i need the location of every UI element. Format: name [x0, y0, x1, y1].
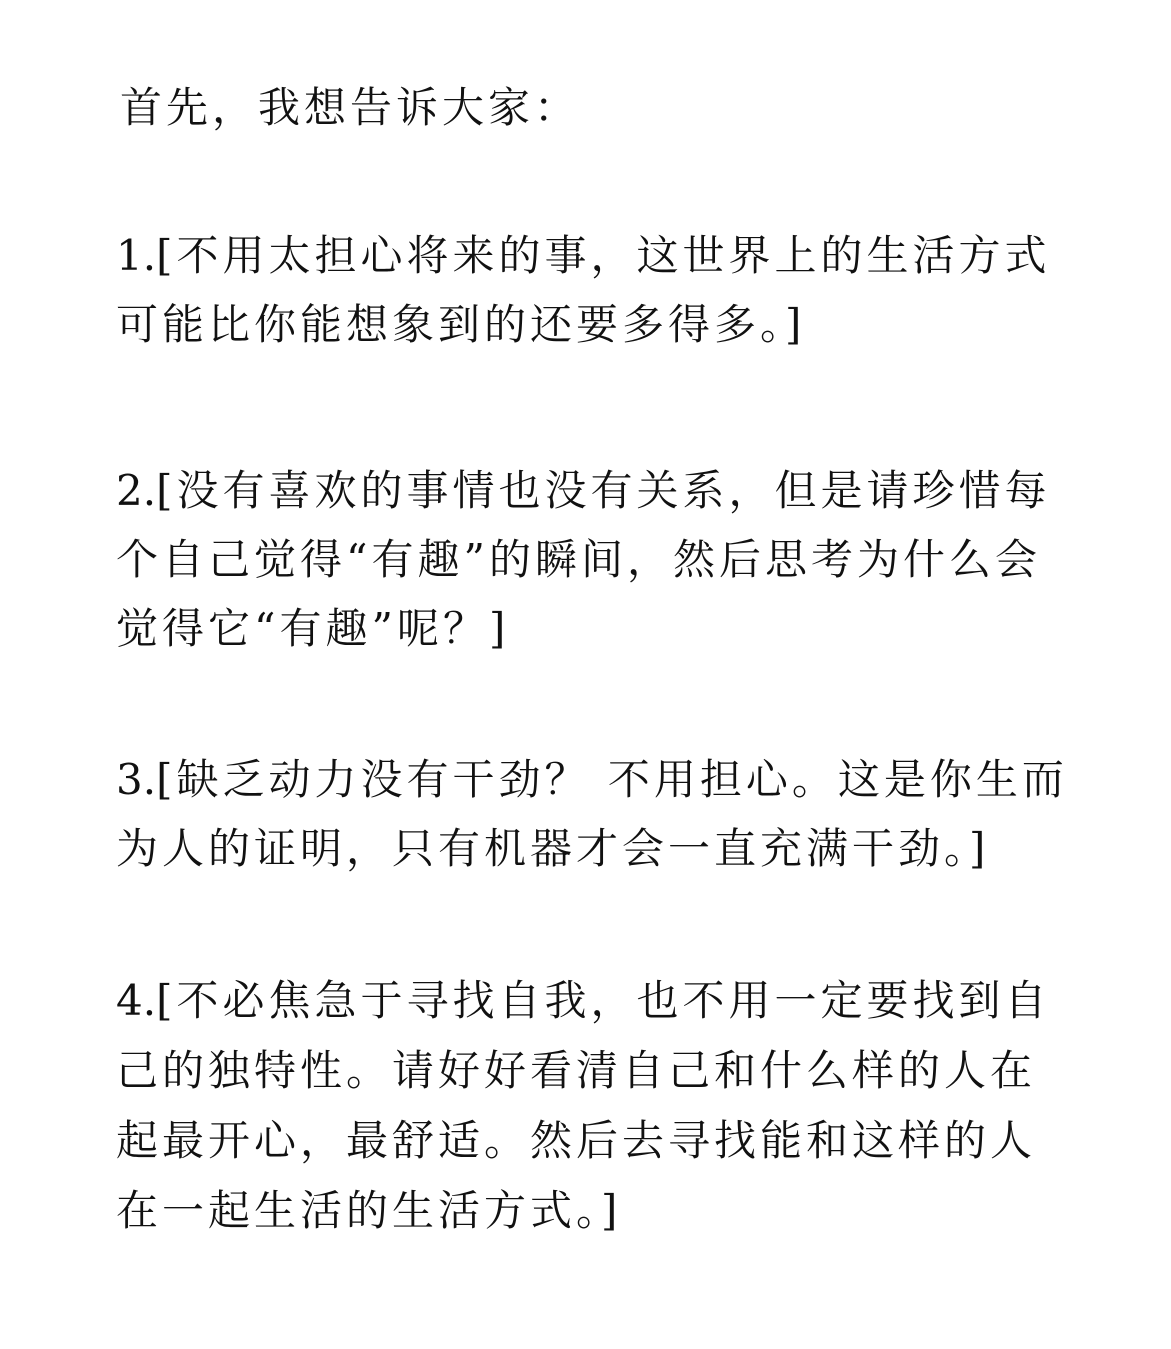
item-number: 3. [116, 755, 156, 804]
list-item-3: 3.[缺乏动力没有干劲？ 不用担心。这是你生而为人的证明，只有机器才会一直充满干… [116, 745, 1081, 883]
item-number: 1. [116, 231, 156, 280]
item-text: [没有喜欢的事情也没有关系，但是请珍惜每个自己觉得“有趣”的瞬间，然后思考为什么… [116, 466, 1050, 653]
document-page: 首先，我想告诉大家： 1.[不用太担心将来的事，这世界上的生活方式可能比你能想象… [0, 0, 1171, 1349]
intro-heading: 首先，我想告诉大家： [120, 78, 580, 138]
item-text: [缺乏动力没有干劲？ 不用担心。这是你生而为人的证明，只有机器才会一直充满干劲。… [116, 755, 1068, 873]
list-item-2: 2.[没有喜欢的事情也没有关系，但是请珍惜每个自己觉得“有趣”的瞬间，然后思考为… [116, 456, 1081, 663]
list-item-4: 4.[不必焦急于寻找自我，也不用一定要找到自己的独特性。请好好看清自己和什么样的… [116, 966, 1081, 1246]
item-text: [不用太担心将来的事，这世界上的生活方式可能比你能想象到的还要多得多。] [116, 231, 1050, 349]
item-number: 2. [116, 466, 156, 515]
list-item-1: 1.[不用太担心将来的事，这世界上的生活方式可能比你能想象到的还要多得多。] [116, 221, 1081, 359]
item-text: [不必焦急于寻找自我，也不用一定要找到自己的独特性。请好好看清自己和什么样的人在… [116, 976, 1050, 1235]
item-number: 4. [116, 976, 156, 1025]
